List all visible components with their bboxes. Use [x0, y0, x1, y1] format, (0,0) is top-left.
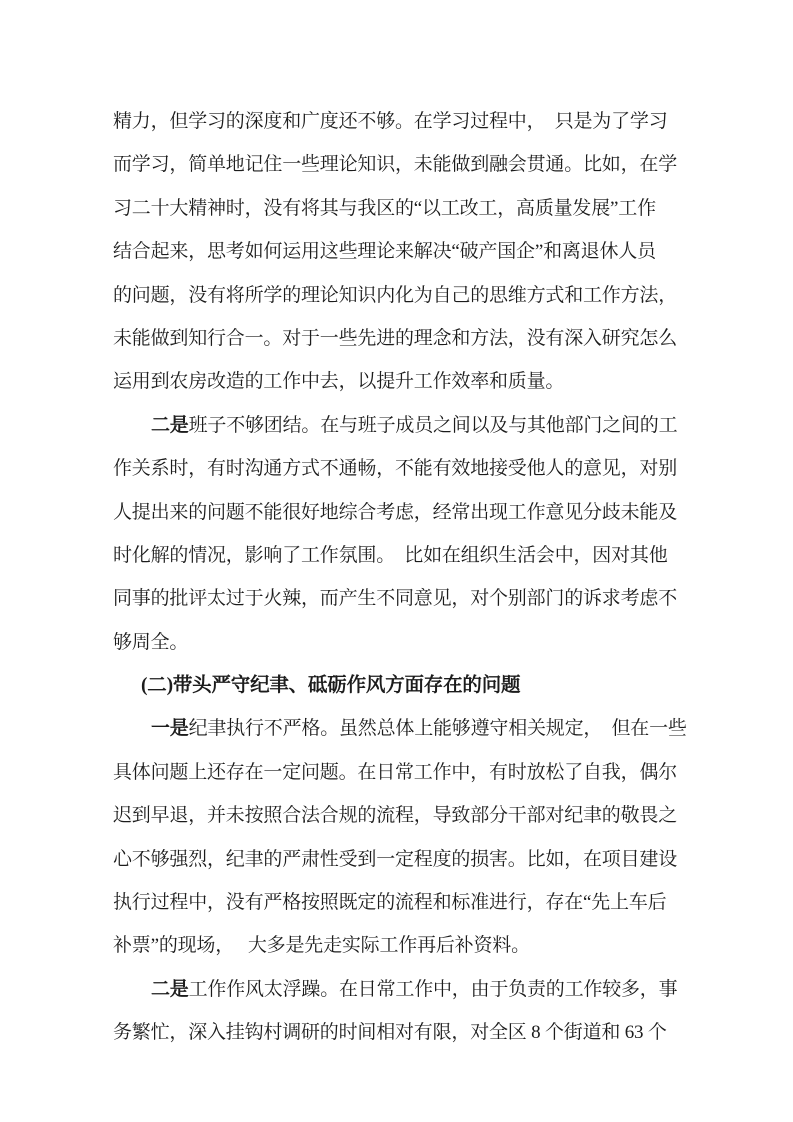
text-line: 二是班子不够团结。在与班子成员之间以及与其他部门之间的工: [113, 404, 680, 447]
text-line: 而学习，简单地记住一些理论知识，未能做到融会贯通。比如，在学: [113, 143, 680, 186]
section-heading: (二)带头严守纪聿、砥砺作风方面存在的问题: [113, 664, 680, 707]
text-line: 执行过程中，没有严格按照既定的流程和标准进行，存在“先上车后: [113, 881, 680, 924]
text-line: 的问题，没有将所学的理论知识内化为自己的思维方式和工作方法，: [113, 274, 680, 317]
text-line: 人提出来的问题不能很好地综合考虑，经常出现工作意见分歧未能及: [113, 491, 680, 534]
paragraph: 二是班子不够团结。在与班子成员之间以及与其他部门之间的工作关系时，有时沟通方式不…: [113, 404, 680, 664]
text-line: 二是工作作风太浮躁。在日常工作中，由于负责的工作较多，事: [113, 968, 680, 1011]
text-line: 具体问题上还存在一定问题。在日常工作中，有时放松了自我，偶尔: [113, 751, 680, 794]
paragraph: 二是工作作风太浮躁。在日常工作中，由于负责的工作较多，事务繁忙，深入挂钩村调研的…: [113, 968, 680, 1055]
text-line: 精力，但学习的深度和广度还不够。在学习过程中， 只是为了学习: [113, 100, 680, 143]
paragraph: 精力，但学习的深度和广度还不够。在学习过程中， 只是为了学习而学习，简单地记住一…: [113, 100, 680, 404]
text-line: 补票”的现场， 大多是先走实际工作再后补资料。: [113, 924, 680, 967]
text-line: 结合起来，思考如何运用这些理论来解决“破产国企”和离退休人员: [113, 230, 680, 273]
text-line: 迟到早退，并未按照合法合规的流程，导致部分干部对纪聿的敬畏之: [113, 794, 680, 837]
text-line: 心不够强烈，纪聿的严肃性受到一定程度的损害。比如，在项目建设: [113, 838, 680, 881]
bold-run: 一是: [151, 718, 189, 739]
text-line: 一是纪聿执行不严格。虽然总体上能够遵守相关规定， 但在一些: [113, 707, 680, 750]
text-line: 务繁忙，深入挂钩村调研的时间相对有限，对全区 8 个街道和 63 个: [113, 1011, 680, 1054]
text-line: 时化解的情况，影响了工作氛围。 比如在组织生活会中，因对其他: [113, 534, 680, 577]
text-line: (二)带头严守纪聿、砥砺作风方面存在的问题: [113, 664, 680, 707]
text-line: 运用到农房改造的工作中去，以提升工作效率和质量。: [113, 360, 680, 403]
bold-run: 二是: [151, 979, 189, 1000]
text-line: 作关系时，有时沟通方式不通畅，不能有效地接受他人的意见，对别: [113, 447, 680, 490]
text-line: 够周全。: [113, 621, 680, 664]
text-line: 未能做到知行合一。对于一些先进的理念和方法，没有深入研究怎么: [113, 317, 680, 360]
document-body: 精力，但学习的深度和广度还不够。在学习过程中， 只是为了学习而学习，简单地记住一…: [113, 100, 680, 1055]
bold-run: 二是: [151, 415, 189, 436]
document-page: 精力，但学习的深度和广度还不够。在学习过程中， 只是为了学习而学习，简单地记住一…: [0, 0, 793, 1122]
text-line: 同事的批评太过于火辣，而产生不同意见，对个别部门的诉求考虑不: [113, 577, 680, 620]
paragraph: 一是纪聿执行不严格。虽然总体上能够遵守相关规定， 但在一些具体问题上还存在一定问…: [113, 707, 680, 967]
text-line: 习二十大精神时，没有将其与我区的“以工改工，高质量发展”工作: [113, 187, 680, 230]
